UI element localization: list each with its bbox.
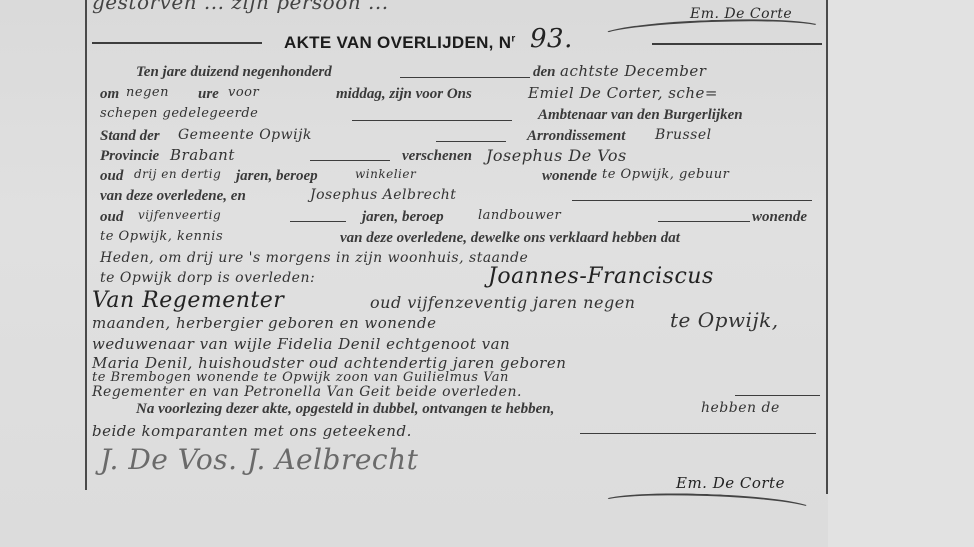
line-6-wonende: wonende bbox=[542, 168, 597, 185]
line-5-witness-1: Josephus De Vos bbox=[486, 146, 627, 165]
line-5-provincie: Provincie bbox=[100, 148, 159, 165]
document-page: gestorven ... zijn persoon ... Em. De Co… bbox=[0, 0, 974, 547]
line-3-role: schepen gedelegeerde bbox=[100, 106, 258, 121]
record-title-text: AKTE VAN OVERLIJDEN, N bbox=[284, 33, 511, 52]
line-6-age: drij en dertig bbox=[134, 167, 221, 181]
officer-signature: Em. De Corte bbox=[676, 474, 785, 492]
line-19-closing: beide komparanten met ons geteekend. bbox=[92, 422, 412, 440]
line-2-printed: middag, zijn voor Ons bbox=[336, 86, 472, 103]
line-8-occupation: landbouwer bbox=[478, 208, 561, 223]
deceased-given-names: Joannes-Franciscus bbox=[488, 264, 714, 289]
line-6-jaren-beroep: jaren, beroep bbox=[236, 168, 318, 185]
line-8-oud: oud bbox=[100, 209, 123, 226]
line-9-printed: van deze overledene, dewelke ons verklaa… bbox=[340, 230, 680, 247]
right-margin bbox=[828, 0, 974, 547]
record-title: AKTE VAN OVERLIJDEN, Nr bbox=[284, 33, 516, 53]
line-2-om: om bbox=[100, 86, 119, 103]
line-6-occupation: winkelier bbox=[355, 167, 416, 181]
fill-rule bbox=[352, 120, 512, 121]
fill-rule bbox=[658, 221, 750, 222]
line-2-ure: ure bbox=[198, 86, 219, 103]
record-number: 93. bbox=[530, 24, 573, 54]
line-6-residence: te Opwijk, gebuur bbox=[602, 167, 729, 182]
line-2-voor: voor bbox=[228, 85, 259, 100]
line-6-oud: oud bbox=[100, 168, 123, 185]
previous-record-fragment: gestorven ... zijn persoon ... bbox=[92, 0, 389, 14]
fill-rule bbox=[572, 200, 812, 201]
officer-signature-flourish bbox=[600, 490, 815, 521]
fill-rule bbox=[290, 221, 346, 222]
line-16-parents: te Brembogen wonende te Opwijk zoon van … bbox=[92, 370, 509, 385]
fill-rule bbox=[580, 433, 816, 434]
line-2-hour: negen bbox=[126, 85, 169, 100]
line-18-printed: Na voorlezing dezer akte, opgesteld in d… bbox=[136, 401, 554, 418]
line-7-printed: van deze overledene, en bbox=[100, 188, 246, 205]
line-5-province: Brabant bbox=[170, 146, 235, 164]
line-8-age: vijfenveertig bbox=[138, 208, 221, 222]
line-14-widower: weduwenaar van wijle Fidelia Denil echtg… bbox=[92, 335, 510, 353]
left-border-line bbox=[85, 0, 87, 490]
line-12-age: oud vijfenzeventig jaren negen bbox=[370, 293, 635, 312]
line-8-wonende: wonende bbox=[752, 209, 807, 226]
line-13-occupation-birth: maanden, herbergier geboren en wonende bbox=[92, 314, 436, 332]
line-3-printed: Ambtenaar van den Burgerlijken bbox=[538, 107, 743, 124]
witness-signatures: J. De Vos. J. Aelbrecht bbox=[100, 443, 418, 476]
line-4-stand: Stand der bbox=[100, 128, 160, 145]
line-4-arrondissement: Arrondissement bbox=[527, 128, 625, 145]
line-9-residence: te Opwijk, kennis bbox=[100, 229, 223, 244]
line-17-parents: Regementer en van Petronella Van Geit be… bbox=[92, 384, 522, 400]
line-4-arrondissement-value: Brussel bbox=[655, 127, 712, 143]
fill-rule bbox=[436, 141, 506, 142]
line-4-municipality: Gemeente Opwijk bbox=[178, 127, 312, 143]
right-border-line bbox=[826, 0, 828, 494]
record-title-superscript: r bbox=[511, 33, 515, 44]
fill-rule bbox=[400, 77, 530, 78]
line-11-place: te Opwijk dorp is overleden: bbox=[100, 270, 315, 286]
line-10-declaration: Heden, om drij ure 's morgens in zijn wo… bbox=[100, 250, 528, 266]
fill-rule bbox=[735, 395, 820, 396]
line-7-witness-2: Josephus Aelbrecht bbox=[310, 187, 456, 203]
line-1-date: achtste December bbox=[560, 62, 706, 80]
line-18-handwritten: hebben de bbox=[701, 400, 780, 416]
line-5-verschenen: verschenen bbox=[402, 148, 472, 165]
line-13-place: te Opwijk, bbox=[670, 308, 779, 332]
deceased-surname: Van Regementer bbox=[92, 288, 284, 313]
line-1-printed: Ten jare duizend negenhonderd bbox=[136, 64, 332, 81]
line-1-den: den bbox=[533, 64, 556, 81]
line-2-officer: Emiel De Corter, sche= bbox=[528, 84, 718, 102]
title-rule-left bbox=[92, 42, 262, 44]
title-rule-right bbox=[652, 43, 822, 45]
line-8-jaren-beroep: jaren, beroep bbox=[362, 209, 444, 226]
fill-rule bbox=[310, 160, 390, 161]
